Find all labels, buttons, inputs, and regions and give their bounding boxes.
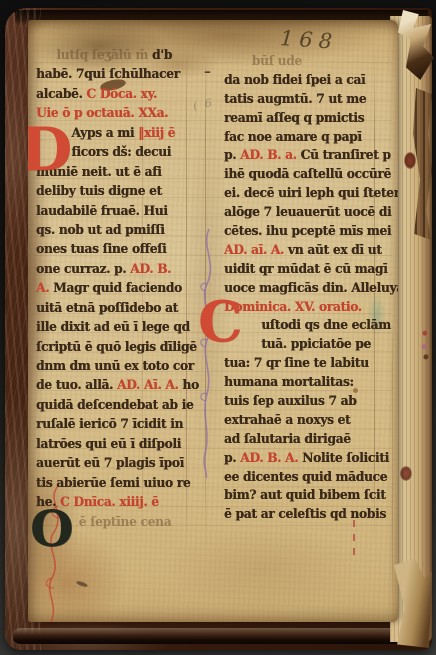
text-segment-ink: alōge 7 leuauerūt uocē di [224,205,391,220]
text-segment-faded: lutſq ſeʒālū m̄ [56,48,152,63]
text-segment-ink: reamī aſſeq q pmictis [224,111,364,126]
text-segment-ink: p. [224,148,240,163]
folio-number: 168 [279,26,339,54]
text-segment-rubric: ‖xiij ē [138,126,175,141]
text-line: cētes. ihu pceptē mīs mei [224,223,396,242]
text-line: one curraz. p. AD. B. [36,260,208,279]
text-segment-ink: uoce magficās din. Alleluya. [224,281,398,296]
text-segment-ink: bim? aut quid bibem ſcit [224,488,386,503]
text-line: ei. decē uiri leph qui ſteter [224,185,396,204]
text-line: laudabilē fruaē. Hui [36,202,208,221]
text-segment-rubric: AD. aī. A. [224,243,288,258]
stain-spot [404,152,416,169]
text-line: ſcriptū ē quō legis dīligē [36,338,208,357]
text-line: ihē quodā caſtellū occūrē [224,166,396,185]
text-line: A. Magr quid faciendo [36,279,208,298]
text-line: būſ ude [224,53,396,72]
text-segment-rubric: AD. B. [130,262,171,277]
text-line: tua: 7 qr ſine te labitu [224,355,396,374]
text-line: uitā etnā poſſidebo at [36,299,208,318]
text-line: extrahaē a noxys et [224,412,396,431]
text-segment-ink: ones tuas ſine offeſi [36,242,166,257]
text-line: ille dixit ad eū ī lege qd [36,318,208,337]
text-segment-ink: tuā. ppiciatōe pe [261,337,371,352]
text-segment-ink: ei. decē uiri leph qui ſteter [224,186,398,201]
text-line: uidit qr mūdat ē cū magī [224,261,396,280]
text-segment-ink: vn aūt ex dī ut [288,243,382,258]
text-segment-ink: ad ſalutaria dirigaē [224,432,351,447]
text-line: dnm dm unū ex toto cor [36,357,208,376]
initial-C: C [198,294,243,350]
text-segment-ink: de tuo. allā. [36,378,117,393]
text-line: ones tuas ſine offeſi [36,240,208,259]
text-segment-ink: deliby tuis digne et [36,184,162,199]
text-line: p. AD. B. a. Cū tranſiret p [224,147,396,166]
text-segment-ink: d'b [152,48,172,63]
text-segment-ink: habē. 7qui ſchūlhacer [36,67,180,82]
text-segment-ink: Ayps a mi [71,126,138,141]
text-segment-ink: fac noe amare q papī [224,130,362,145]
edge-fragments [420,328,430,362]
text-segment-ink: ho [182,378,198,393]
text-segment-ink: ē pat ar celeſtis qd nobis [224,507,386,522]
stain-spot [400,466,412,481]
text-line: AD. aī. A. vn aūt ex dī ut [224,242,396,261]
text-line: de tuo. allā. AD. Aī. A. ho [36,376,208,395]
text-segment-ink: Magr quid faciendo [53,281,182,296]
text-line: fac noe amare q papī [224,129,396,148]
text-segment-rubric: C Dōca. xy. [86,87,157,102]
text-segment-ink: dnm dm unū ex toto cor [36,359,194,374]
text-line: tatis augmtū. 7 ut me [224,91,396,110]
text-segment-ink: tua: 7 qr ſine te labitu [224,356,369,371]
text-segment-faded: ē ſeptīne cena [79,515,172,530]
text-line: uſtodi qs dne eclām [224,317,396,336]
text-segment-rubric: C Dnīca. xiiij. ē [60,495,159,510]
text-segment-ink: da nob fidei ſpei a caī [224,73,365,88]
text-segment-ink: ruſalē iericō 7 īcidit in [36,417,183,432]
text-segment-ink: uitā etnā poſſidebo at [36,301,178,316]
text-line: ad ſalutaria dirigaē [224,431,396,450]
leather-bottom-ridge [13,628,424,644]
text-segment-ink: ille dixit ad eū ī lege qd [36,320,190,335]
text-line: ee dicentes quid māduce [224,469,396,488]
text-segment-rubric: AD. Aī. A. [117,378,182,393]
text-segment-ink: laudabilē fruaē. Hui [36,204,168,219]
text-segment-ink: extrahaē a noxys et [224,413,350,428]
text-column-right: būſ udeda nob fidei ſpei a caītatis augm… [224,53,396,525]
initial-D: D [28,120,72,180]
text-line: ē pat ar celeſtis qd nobis [224,506,396,525]
text-line: auerūt eū 7 plagis īpoī [36,454,208,473]
text-line: quidā deſcendebat ab ie [36,396,208,415]
text-line: p. AD. B. A. Nolite ſoliciti [224,450,396,469]
book: 168 ( 6 – lutſq ſeʒālū m̄ d'bhabē. 7qui … [5,8,432,650]
text-line: humana mortalitas: [224,374,396,393]
text-line: reamī aſſeq q pmictis [224,110,396,129]
text-segment-ink: latrōes qui eū ī diſpoli [36,437,181,452]
text-segment-ink: ſcriptū ē quō legis dīligē [36,340,197,355]
text-line: alcabē. C Dōca. xy. [36,85,208,104]
initial-O: O [30,504,74,554]
text-segment-ink: uidit qr mūdat ē cū magī [224,262,387,277]
text-segment-ink: one curraz. p. [36,262,130,277]
manuscript-page: 168 ( 6 – lutſq ſeʒālū m̄ d'bhabē. 7qui … [28,20,398,622]
text-segment-rubric: AD. B. a. [240,148,300,163]
text-line: tis abierūe ſemi uiuo re [36,474,208,493]
text-line: habē. 7qui ſchūlhacer [36,65,208,84]
text-segment-rubric: Dominica. XV. oratio. [224,300,362,315]
text-line: ruſalē iericō 7 īcidit in [36,415,208,434]
text-segment-rubric: A. [36,281,53,296]
text-line: qs. nob ut ad pmiſſi [36,221,208,240]
text-line: tuā. ppiciatōe pe [224,336,396,355]
text-line: uoce magficās din. Alleluya. [224,280,396,299]
text-line: lutſq ſeʒālū m̄ d'b [36,46,208,65]
text-segment-ink: ihē quodā caſtellū occūrē [224,167,391,182]
text-segment-ink: auerūt eū 7 plagis īpoī [36,456,184,471]
text-segment-ink: ee dicentes quid māduce [224,470,387,485]
text-line: latrōes qui eū ī diſpoli [36,435,208,454]
text-segment-ink: Cū tranſiret p [301,148,391,163]
text-segment-ink: tis abierūe ſemi uiuo re [36,476,190,491]
text-segment-ink: Nolite ſoliciti [302,451,389,466]
text-line: bim? aut quid bibem ſcit [224,487,396,506]
text-line: da nob fidei ſpei a caī [224,72,396,91]
text-segment-ink: alcabē. [36,87,86,102]
text-segment-rubric: AD. B. A. [240,451,302,466]
text-segment-ink: humana mortalitas: [224,375,354,390]
text-segment-ink: p. [224,451,240,466]
text-segment-ink: ficors dš: decui [71,145,171,160]
text-line: Dominica. XV. oratio. [224,299,396,318]
text-segment-ink: qs. nob ut ad pmiſſi [36,223,165,238]
text-segment-ink: tuis ſep auxilus 7 ab [224,394,356,409]
text-line: alōge 7 leuauerūt uocē di [224,204,396,223]
text-segment-ink: cētes. ihu pceptē mīs mei [224,224,391,239]
text-segment-ink: quidā deſcendebat ab ie [36,398,193,413]
text-line: tuis ſep auxilus 7 ab [224,393,396,412]
photo-background: 168 ( 6 – lutſq ſeʒālū m̄ d'bhabē. 7qui … [0,0,436,655]
text-segment-ink: uſtodi qs dne eclām [261,318,391,333]
text-segment-faded: būſ ude [252,54,302,69]
red-dash-mark [353,520,355,562]
text-segment-ink: tatis augmtū. 7 ut me [224,92,366,107]
